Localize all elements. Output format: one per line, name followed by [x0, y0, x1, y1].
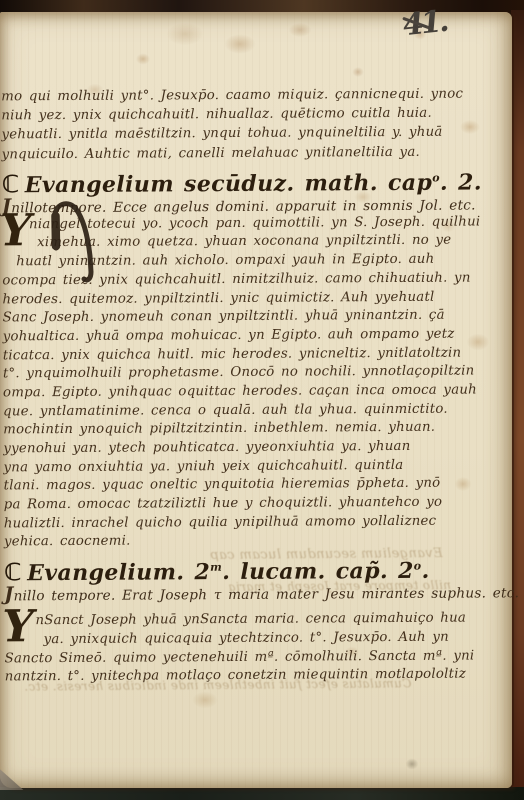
manuscript-page: 41. Evangelium secundum lucam cap nillo … — [0, 12, 512, 788]
latin-incipit-luke: Jnillo tempore. Erat Joseph τ maria mate… — [4, 582, 455, 605]
text-line: hualiztli. inrachel quicho quilia ynipil… — [4, 512, 455, 533]
text-line: nantzin. t°. ynitechpa motlaço conetzin … — [5, 666, 456, 687]
gospel-heading-luke: ℂEvangelium. 2m. lucam. cap̃. 2o. — [4, 552, 455, 585]
page-corner-curl — [0, 750, 30, 790]
text-block: mo qui molhuili ynt°. Jesuxp̄o. caamo mi… — [1, 85, 456, 688]
text-line: yehica. caocnemi. — [4, 531, 455, 552]
text-line: nSanct Joseph yhuā ynSancta maria. cenca… — [4, 610, 455, 631]
text-line: ynquicuilo. Auhtic mati, canelli melahua… — [2, 142, 453, 164]
text-line: pa Roma. omocac tzatziliztli hue y choqu… — [4, 494, 455, 515]
binding-bottom-edge — [0, 787, 524, 800]
continuation-paragraph: mo qui molhuili ynt°. Jesuxp̄o. caamo mi… — [1, 85, 452, 165]
folio-number: 41. — [401, 4, 448, 43]
manuscript-photo: 41. Evangelium secundum lucam cap nillo … — [0, 0, 524, 800]
book-fore-edge — [511, 10, 524, 790]
gospel-heading-matthew: ℂEvangelium secūduz. math. capo. 2. — [2, 163, 453, 196]
text-line: yehuatli. ynitla maēstiltzin. ynqui tohu… — [1, 123, 452, 145]
text-line: yohualtica. yhuā ompa mohuicac. yn Egipt… — [3, 325, 454, 346]
text-line: yyenohui yan. ytech pouhticatca. yyeonxi… — [3, 438, 454, 459]
ink-flourish — [38, 198, 108, 294]
drop-cap-initial: Y — [0, 209, 32, 253]
capitulum-mark: ℂ — [2, 170, 20, 198]
paragraph-lines: mo qui molhuili ynt°. Jesuxp̄o. caamo mi… — [1, 85, 452, 165]
luke-paragraph: Y nSanct Joseph yhuā ynSancta maria. cen… — [4, 610, 455, 688]
paragraph-lines: nSanct Joseph yhuā ynSancta maria. cenca… — [4, 610, 455, 688]
text-line: ya. ynixquich quicaquia ytechtzinco. t°.… — [4, 628, 455, 649]
drop-cap-initial: Y — [2, 605, 34, 649]
text-line: ompa. Egipto. ynihquac oquittac herodes.… — [3, 382, 454, 403]
